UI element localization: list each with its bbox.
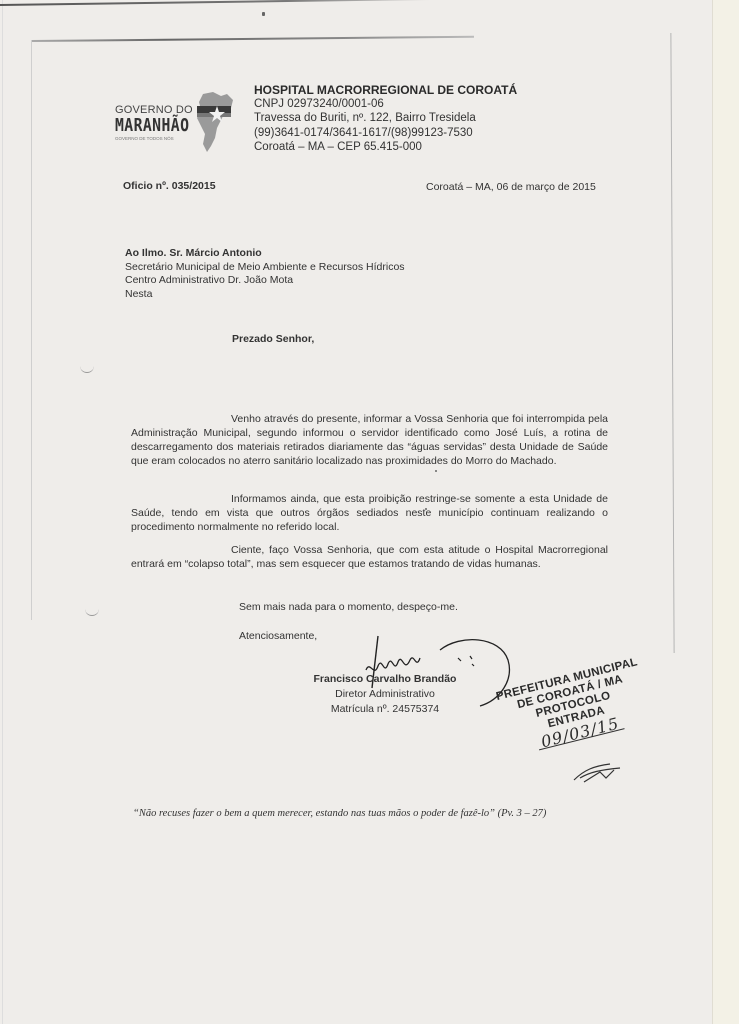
closing-remark: Sem mais nada para o momento, despeço-me… [239,601,458,613]
logo-tagline: GOVERNO DE TODOS NÓS [115,136,174,141]
stamp-initials-scribble-icon [570,760,630,785]
signer-registration: Matrícula nº. 24575374 [300,702,470,717]
organization-address: Travessa do Buriti, nº. 122, Bairro Tres… [254,111,554,125]
scan-speck [425,508,427,510]
governo-maranhao-logo: GOVERNO DO MARANHÃO GOVERNO DE TODOS NÓS [115,92,235,152]
signer-title: Diretor Administrativo [300,687,470,702]
addressee-delivery: Nesta [125,288,405,302]
scan-artifact-line [0,0,470,6]
scan-page-edge [2,0,3,1024]
organization-city-cep: Coroatá – MA – CEP 65.415-000 [254,140,554,154]
body-paragraph: Ciente, faço Vossa Senhoria, que com est… [131,543,608,571]
paragraph-text: Ciente, faço Vossa Senhoria, que com est… [131,543,608,571]
salutation: Prezado Senhor, [232,333,314,345]
signer-name: Francisco Carvalho Brandão [300,672,470,687]
organization-phones: (99)3641-0174/3641-1617/(98)99123-7530 [254,126,554,140]
body-paragraph: Venho através do presente, informar a Vo… [131,412,608,468]
logo-line-2: MARANHÃO [115,115,189,136]
closing: Atenciosamente, [239,630,317,642]
organization-cnpj: CNPJ 02973240/0001-06 [254,97,554,111]
punch-hole-mark [80,365,94,373]
addressee-role: Secretário Municipal de Meio Ambiente e … [125,261,405,275]
addressee-name: Ao Ilmo. Sr. Márcio Antonio [125,247,405,261]
document-frame-left [31,40,32,620]
scan-paper-edge [712,0,739,1024]
signature-block: Francisco Carvalho Brandão Diretor Admin… [300,672,470,717]
body-paragraph: Informamos ainda, que esta proibição res… [131,492,608,534]
paragraph-text: Informamos ainda, que esta proibição res… [131,492,608,534]
letter-reference: Oficio nº. 035/2015 [123,180,216,192]
maranhao-state-map-star-icon [195,92,235,154]
document-frame-top [32,36,474,42]
addressee-location: Centro Administrativo Dr. João Mota [125,274,405,288]
organization-name: HOSPITAL MACRORREGIONAL DE COROATÁ [254,83,554,97]
scan-speck [262,12,265,16]
addressee-block: Ao Ilmo. Sr. Márcio Antonio Secretário M… [125,247,405,301]
document-frame-right [670,33,674,653]
organization-info: HOSPITAL MACRORREGIONAL DE COROATÁ CNPJ … [254,83,554,154]
footer-motto: “Não recuses fazer o bem a quem merecer,… [133,808,613,819]
letter-place-date: Coroatá – MA, 06 de março de 2015 [426,181,596,193]
punch-hole-mark [85,608,99,616]
scan-speck [435,470,437,472]
paragraph-text: Venho através do presente, informar a Vo… [131,412,608,468]
